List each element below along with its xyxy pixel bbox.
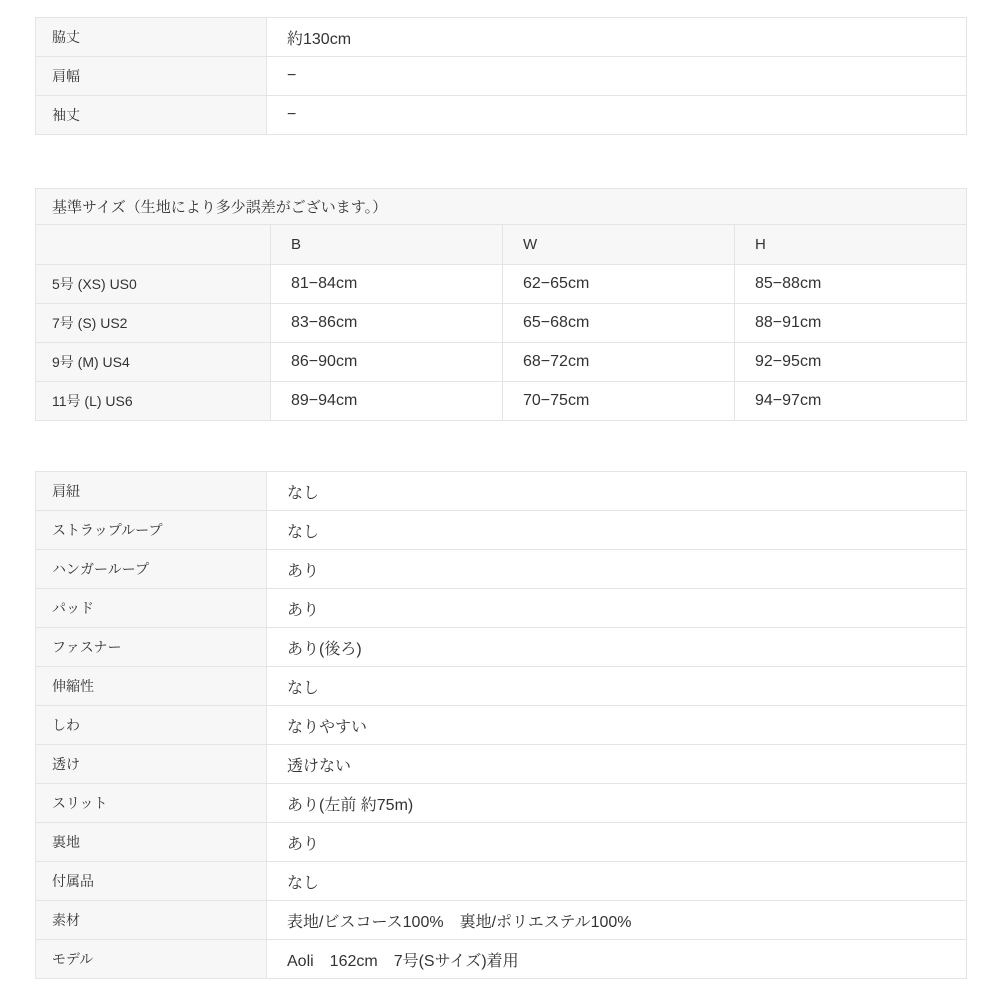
bust-range: 83−86cm: [271, 304, 503, 343]
size-label: 5号 (XS) US0: [36, 265, 271, 304]
measurement-table: 脇丈 約130cm 肩幅 − 袖丈 −: [35, 17, 967, 135]
column-header-waist: W: [503, 225, 735, 265]
row-label-slit: スリット: [36, 784, 267, 823]
hip-range: 92−95cm: [735, 343, 967, 382]
table-header-row: B W H: [36, 225, 967, 265]
row-value-hanger-loop: あり: [267, 550, 967, 589]
size-label: 11号 (L) US6: [36, 382, 271, 421]
row-value-slit: あり(左前 約75m): [267, 784, 967, 823]
hip-range: 88−91cm: [735, 304, 967, 343]
table-row: 11号 (L) US6 89−94cm 70−75cm 94−97cm: [36, 382, 967, 421]
table-row: ファスナー あり(後ろ): [36, 628, 967, 667]
row-label-model: モデル: [36, 940, 267, 979]
table-row: しわ なりやすい: [36, 706, 967, 745]
table-row: 7号 (S) US2 83−86cm 65−68cm 88−91cm: [36, 304, 967, 343]
row-value-fastener: あり(後ろ): [267, 628, 967, 667]
row-label-side-length: 脇丈: [36, 18, 267, 57]
size-chart-table: 基準サイズ（生地により多少誤差がございます。） B W H 5号 (XS) US…: [35, 188, 967, 421]
size-label: 7号 (S) US2: [36, 304, 271, 343]
row-value-shoulder-strap: なし: [267, 472, 967, 511]
row-value-wrinkle: なりやすい: [267, 706, 967, 745]
hip-range: 94−97cm: [735, 382, 967, 421]
row-label-sleeve-length: 袖丈: [36, 96, 267, 135]
table-row: ハンガーループ あり: [36, 550, 967, 589]
table-row: 透け 透けない: [36, 745, 967, 784]
row-value-material: 表地/ビスコース100% 裏地/ポリエステル100%: [267, 901, 967, 940]
table-row: 9号 (M) US4 86−90cm 68−72cm 92−95cm: [36, 343, 967, 382]
column-header-empty: [36, 225, 271, 265]
row-label-shoulder-width: 肩幅: [36, 57, 267, 96]
table-row: 5号 (XS) US0 81−84cm 62−65cm 85−88cm: [36, 265, 967, 304]
column-header-bust: B: [271, 225, 503, 265]
column-header-hip: H: [735, 225, 967, 265]
waist-range: 70−75cm: [503, 382, 735, 421]
row-label-hanger-loop: ハンガーループ: [36, 550, 267, 589]
row-label-material: 素材: [36, 901, 267, 940]
size-label: 9号 (M) US4: [36, 343, 271, 382]
row-label-lining: 裏地: [36, 823, 267, 862]
table-row: スリット あり(左前 約75m): [36, 784, 967, 823]
table-row: ストラップループ なし: [36, 511, 967, 550]
row-value-pad: あり: [267, 589, 967, 628]
hip-range: 85−88cm: [735, 265, 967, 304]
table-row: 肩幅 −: [36, 57, 967, 96]
table-title-row: 基準サイズ（生地により多少誤差がございます。）: [36, 189, 967, 225]
row-value-accessories: なし: [267, 862, 967, 901]
row-value-stretch: なし: [267, 667, 967, 706]
table-row: パッド あり: [36, 589, 967, 628]
row-label-sheerness: 透け: [36, 745, 267, 784]
waist-range: 65−68cm: [503, 304, 735, 343]
row-label-accessories: 付属品: [36, 862, 267, 901]
row-value-shoulder-width: −: [267, 57, 967, 96]
table-row: 袖丈 −: [36, 96, 967, 135]
row-value-sleeve-length: −: [267, 96, 967, 135]
row-value-side-length: 約130cm: [267, 18, 967, 57]
row-label-strap-loop: ストラップループ: [36, 511, 267, 550]
table-row: 素材 表地/ビスコース100% 裏地/ポリエステル100%: [36, 901, 967, 940]
table-row: 肩紐 なし: [36, 472, 967, 511]
product-spec-page: 脇丈 約130cm 肩幅 − 袖丈 − 基準サイズ（生地により多少誤差がございま…: [0, 0, 1000, 979]
bust-range: 81−84cm: [271, 265, 503, 304]
table-row: 付属品 なし: [36, 862, 967, 901]
table-row: 脇丈 約130cm: [36, 18, 967, 57]
row-value-sheerness: 透けない: [267, 745, 967, 784]
table-row: 伸縮性 なし: [36, 667, 967, 706]
row-label-wrinkle: しわ: [36, 706, 267, 745]
size-chart-title: 基準サイズ（生地により多少誤差がございます。）: [36, 189, 967, 225]
row-value-model: Aoli 162cm 7号(Sサイズ)着用: [267, 940, 967, 979]
row-value-strap-loop: なし: [267, 511, 967, 550]
row-label-stretch: 伸縮性: [36, 667, 267, 706]
row-label-shoulder-strap: 肩紐: [36, 472, 267, 511]
table-row: モデル Aoli 162cm 7号(Sサイズ)着用: [36, 940, 967, 979]
bust-range: 89−94cm: [271, 382, 503, 421]
bust-range: 86−90cm: [271, 343, 503, 382]
row-label-fastener: ファスナー: [36, 628, 267, 667]
row-label-pad: パッド: [36, 589, 267, 628]
detail-table: 肩紐 なし ストラップループ なし ハンガーループ あり パッド あり ファスナ…: [35, 471, 967, 979]
waist-range: 68−72cm: [503, 343, 735, 382]
row-value-lining: あり: [267, 823, 967, 862]
table-row: 裏地 あり: [36, 823, 967, 862]
waist-range: 62−65cm: [503, 265, 735, 304]
